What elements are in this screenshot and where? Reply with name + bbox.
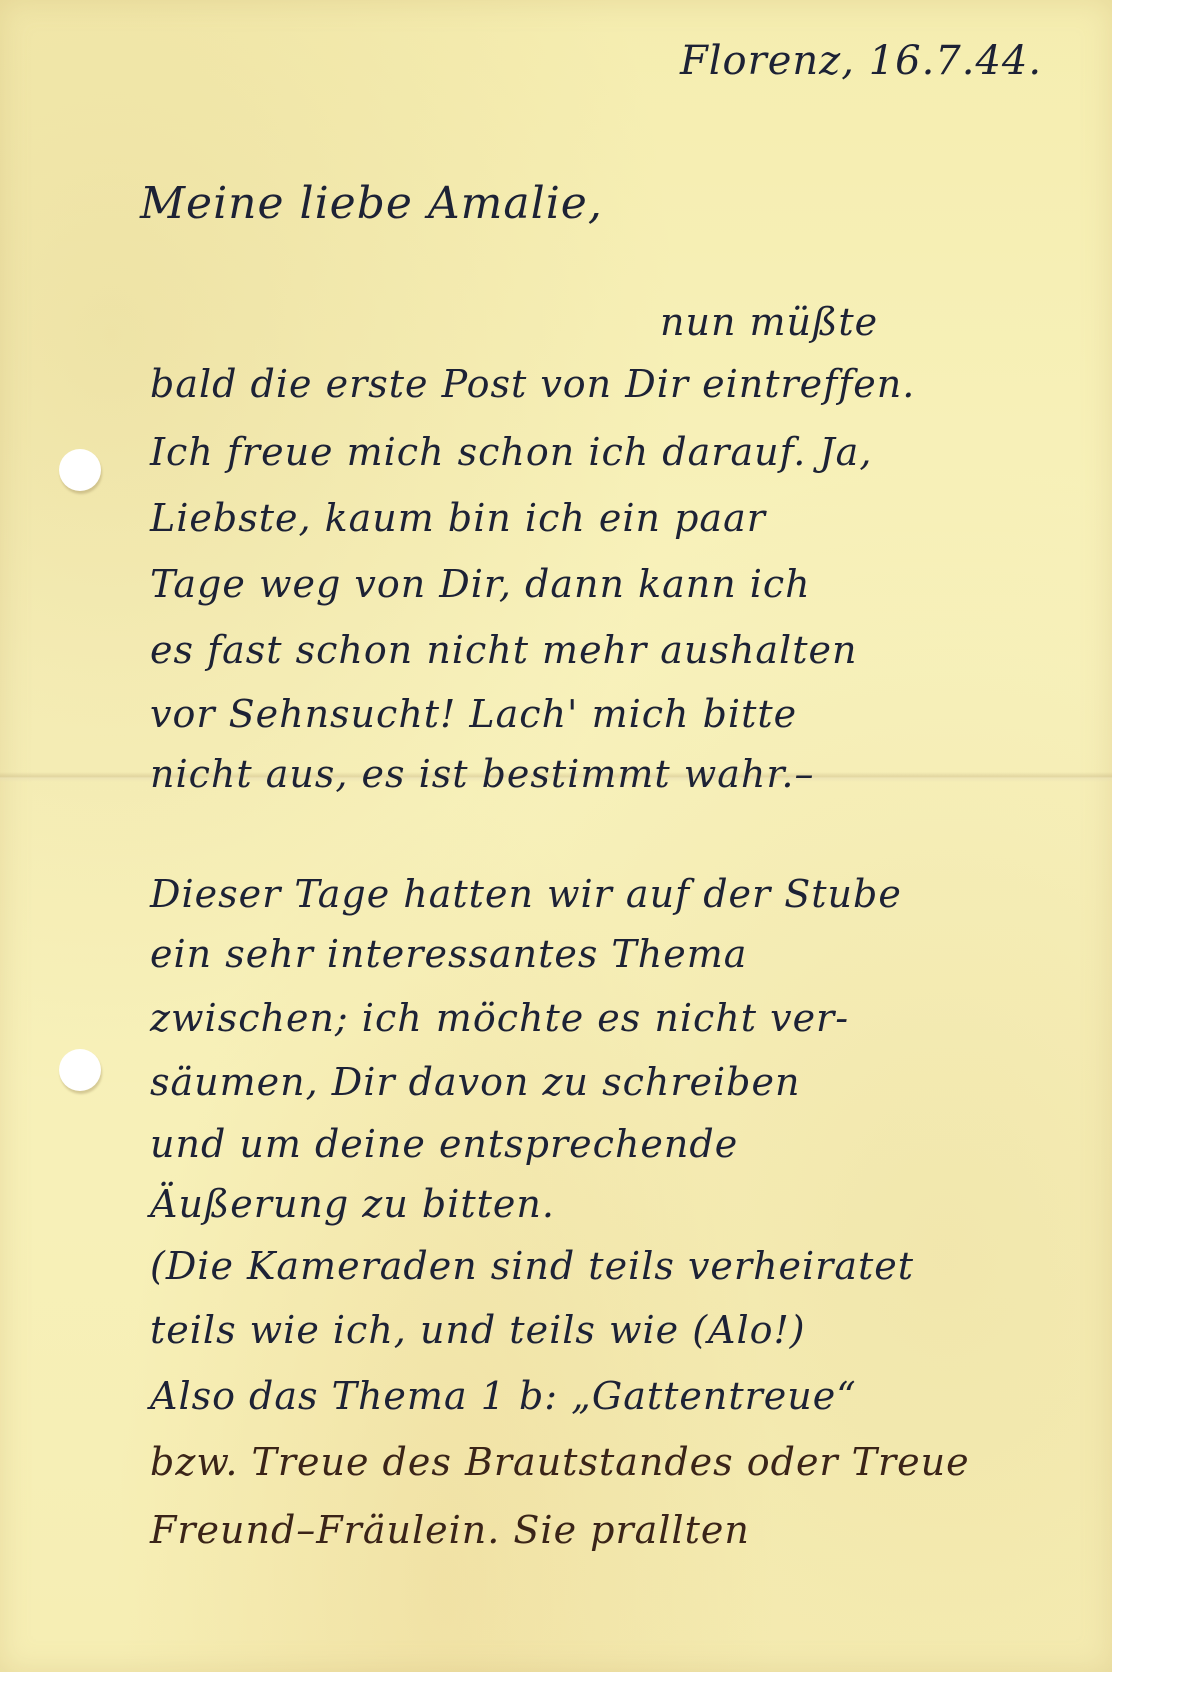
letter-line: (Die Kameraden sind teils verheiratet	[150, 1244, 914, 1288]
letter-line: Äußerung zu bitten.	[150, 1182, 555, 1226]
letter-line: Freund–Fräulein. Sie prallten	[150, 1508, 750, 1552]
letter-line: Liebste, kaum bin ich ein paar	[150, 496, 766, 540]
letter-line: vor Sehnsucht! Lach' mich bitte	[150, 692, 797, 736]
letter-line: Dieser Tage hatten wir auf der Stube	[150, 872, 902, 916]
letter-line: nicht aus, es ist bestimmt wahr.–	[150, 752, 814, 796]
letter-line: säumen, Dir davon zu schreiben	[150, 1060, 800, 1104]
letter-line: ein sehr interessantes Thema	[150, 932, 747, 976]
letter-line: bzw. Treue des Brautstandes oder Treue	[150, 1440, 970, 1484]
punch-hole-top	[59, 449, 101, 491]
letter-line: es fast schon nicht mehr aushalten	[150, 628, 857, 672]
letter-line: Tage weg von Dir, dann kann ich	[150, 562, 811, 606]
letter-line: teils wie ich, und teils wie (Alo!)	[150, 1308, 806, 1352]
letter-line: Also das Thema 1 b: „Gattentreue“	[150, 1374, 857, 1418]
letter-line: Ich freue mich schon ich darauf. Ja,	[150, 430, 872, 474]
salutation: Meine liebe Amalie,	[140, 178, 603, 229]
letter-line: und um deine entsprechende	[150, 1122, 738, 1166]
letter-line: nun müßte	[660, 300, 878, 344]
letter-line: bald die erste Post von Dir eintreffen.	[150, 362, 915, 406]
letter-line: zwischen; ich möchte es nicht ver-	[150, 996, 849, 1040]
letter-page: Florenz, 16.7.44. Meine liebe Amalie, nu…	[0, 0, 1112, 1672]
place-date: Florenz, 16.7.44.	[680, 38, 1042, 84]
punch-hole-bottom	[59, 1049, 101, 1091]
